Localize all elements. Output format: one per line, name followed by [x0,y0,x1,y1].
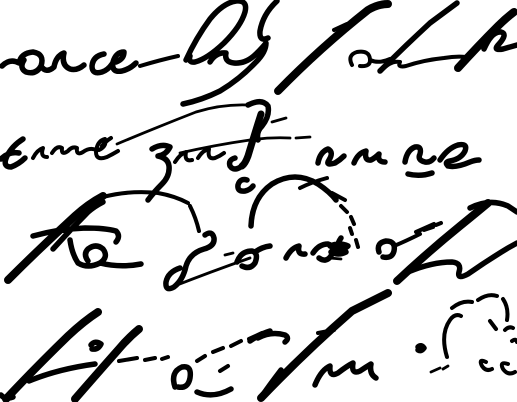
handwriting-svg [0,0,517,402]
manuscript-scan: …arcely possible …imes to save the good … [0,0,517,402]
